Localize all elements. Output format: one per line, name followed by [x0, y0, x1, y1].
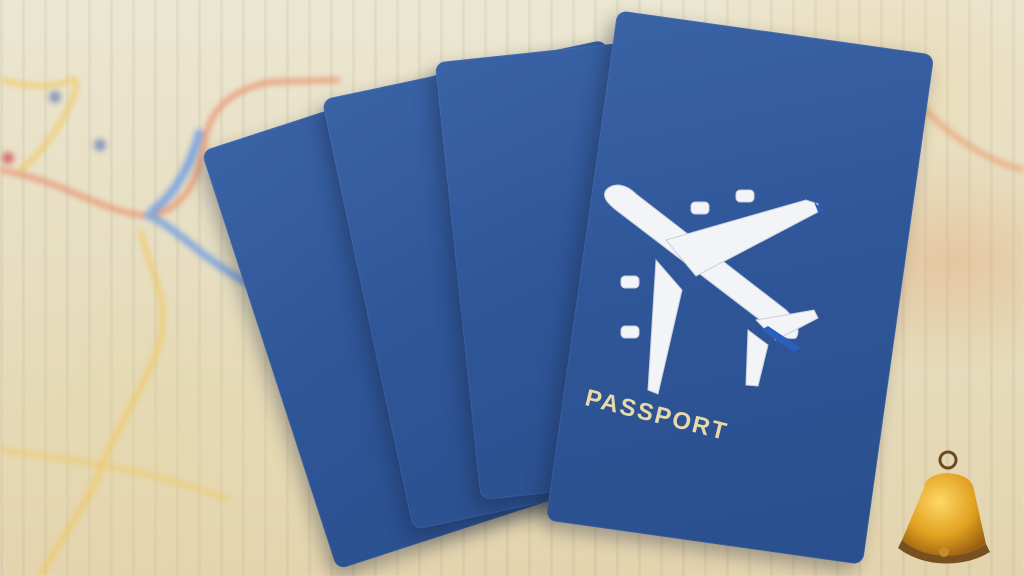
bell-icon[interactable]	[894, 448, 998, 568]
airplane-toy-icon	[596, 180, 836, 400]
